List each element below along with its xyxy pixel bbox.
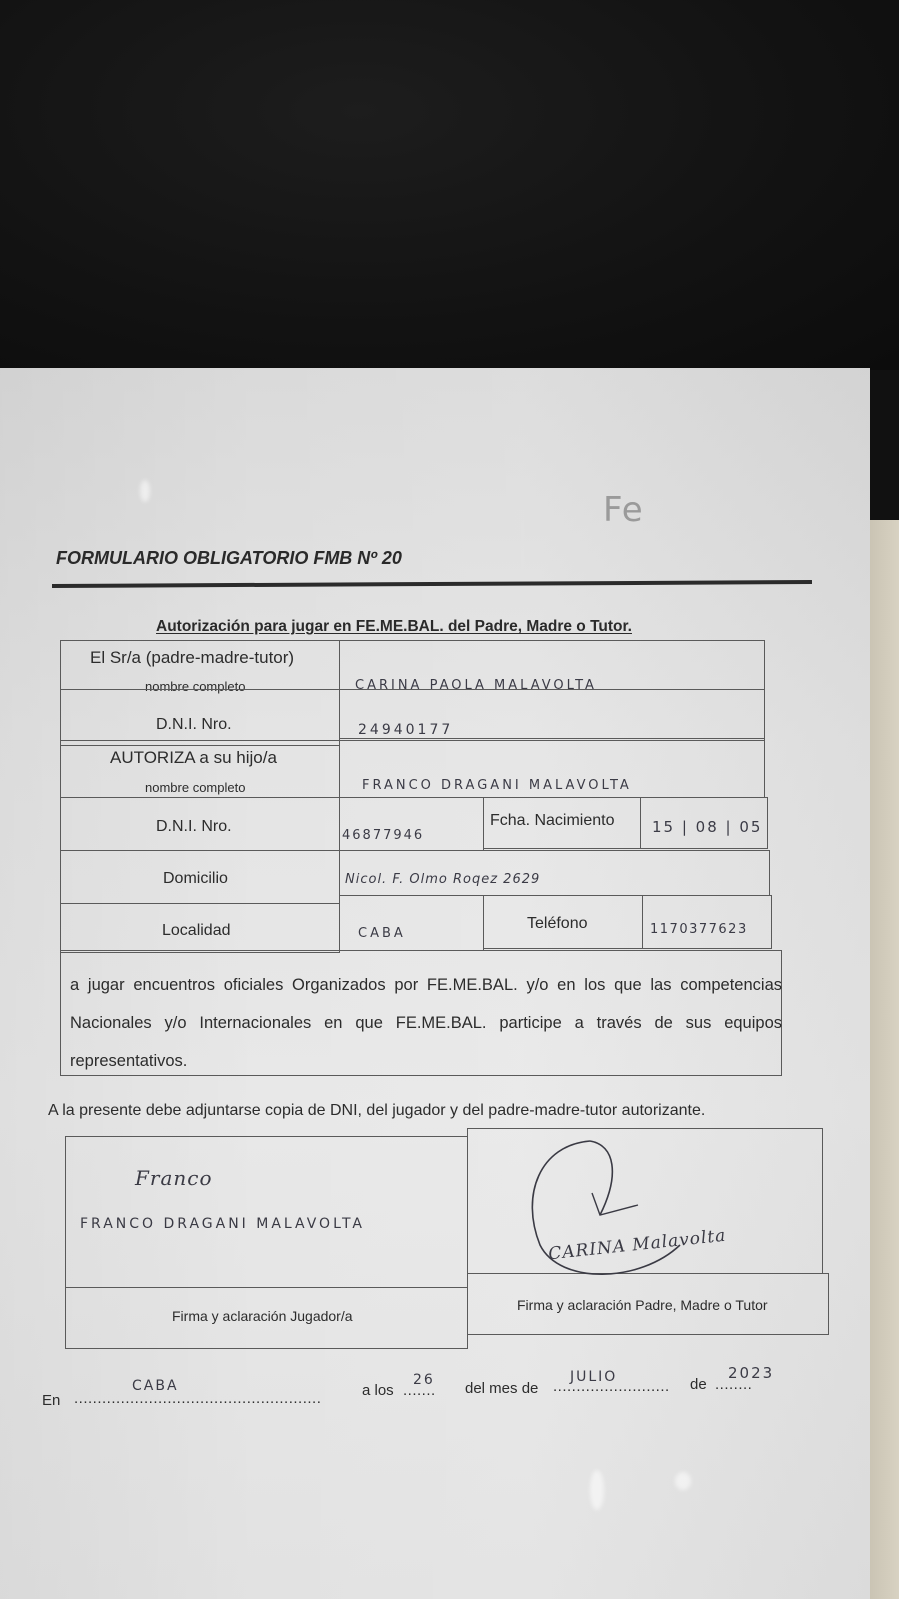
paper-crease	[140, 480, 150, 502]
birth-date-label: Fcha. Nacimiento	[490, 812, 615, 830]
place-dots: ........................................…	[74, 1390, 321, 1407]
child-name-value[interactable]: FRANCO DRAGANI MALAVOLTA	[362, 778, 632, 793]
locality-label: Localidad	[162, 922, 231, 940]
en-label: En	[42, 1392, 60, 1409]
locality-value[interactable]: CABA	[358, 926, 406, 941]
player-printed-name: FRANCO DRAGANI MALAVOLTA	[80, 1216, 365, 1232]
player-signature-cell	[65, 1136, 468, 1288]
player-caption: Firma y aclaración Jugador/a	[172, 1308, 353, 1324]
a-los-label: a los	[362, 1382, 394, 1399]
child-dni-value[interactable]: 46877946	[342, 828, 424, 843]
authorization-text: a jugar encuentros oficiales Organizados…	[70, 966, 782, 1080]
attachment-notice: A la presente debe adjuntarse copia de D…	[48, 1102, 705, 1120]
paper-crease	[675, 1472, 691, 1490]
parent-label: El Sr/a (padre-madre-tutor)	[90, 648, 294, 668]
phone-value[interactable]: 1170377623	[650, 922, 748, 937]
birth-date-value[interactable]: 15 | 08 | 05	[652, 818, 762, 836]
de-label: de	[690, 1376, 707, 1393]
child-sublabel: nombre completo	[145, 780, 245, 795]
parent-dni-label: D.N.I. Nro.	[156, 716, 232, 734]
player-signature: Franco	[135, 1166, 212, 1190]
paper-crease	[590, 1470, 604, 1510]
address-value[interactable]: Nicol. F. Olmo Roqez 2629	[345, 872, 540, 887]
form-subtitle: Autorización para jugar en FE.ME.BAL. de…	[156, 618, 632, 636]
watermark-fe: Fe	[603, 490, 644, 530]
mes-label: del mes de	[465, 1380, 538, 1397]
place-value[interactable]: CABA	[132, 1378, 179, 1394]
child-dni-label: D.N.I. Nro.	[156, 818, 232, 836]
child-label: AUTORIZA a su hijo/a	[110, 748, 277, 768]
dark-background	[0, 0, 899, 370]
parent-dni-value[interactable]: 24940177	[358, 722, 453, 738]
month-value[interactable]: JULIO	[570, 1369, 617, 1385]
locality-cell	[339, 895, 484, 951]
day-value[interactable]: 26	[413, 1372, 435, 1388]
year-value[interactable]: 2023	[728, 1364, 774, 1382]
form-title: FORMULARIO OBLIGATORIO FMB Nº 20	[56, 548, 402, 569]
phone-label: Teléfono	[527, 915, 588, 933]
table-surface	[868, 520, 899, 1599]
parent-caption: Firma y aclaración Padre, Madre o Tutor	[517, 1297, 768, 1313]
address-label: Domicilio	[163, 870, 228, 888]
parent-signature-scribble	[520, 1135, 840, 1285]
